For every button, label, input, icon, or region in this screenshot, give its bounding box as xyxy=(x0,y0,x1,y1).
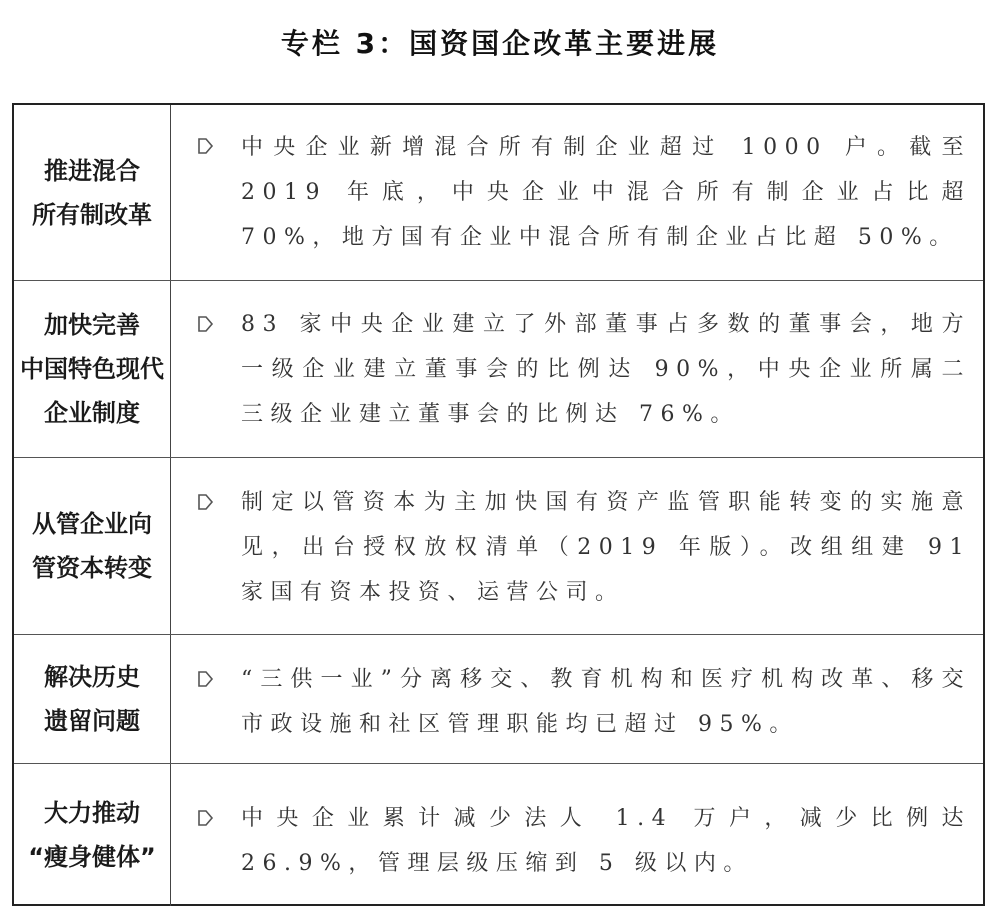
row-label-line: 从管企业向 xyxy=(32,502,152,546)
row-content: 制定以管资本为主加快国有资产监管职能转变的实施意见，出台授权放权清单（2019 … xyxy=(171,458,983,634)
row-content: 83 家中央企业建立了外部董事占多数的董事会，地方一级企业建立董事会的比例达 9… xyxy=(171,281,983,457)
hollow-right-arrow-icon xyxy=(196,807,216,829)
reform-progress-table: 推进混合 所有制改革 中央企业新增混合所有制企业超过 1000 户。截至 201… xyxy=(12,103,985,906)
row-text: “三供一业”分离移交、教育机构和医疗机构改革、移交市政设施和社区管理职能均已超过… xyxy=(241,657,971,747)
row-label-line: 中国特色现代 xyxy=(20,347,164,391)
table-row: 推进混合 所有制改革 中央企业新增混合所有制企业超过 1000 户。截至 201… xyxy=(14,105,983,281)
row-text: 83 家中央企业建立了外部董事占多数的董事会，地方一级企业建立董事会的比例达 9… xyxy=(241,302,971,437)
row-label-line: 所有制改革 xyxy=(32,193,152,237)
hollow-right-arrow-icon xyxy=(196,668,216,690)
table-row: 从管企业向 管资本转变 制定以管资本为主加快国有资产监管职能转变的实施意见，出台… xyxy=(14,458,983,635)
row-label-line: “瘦身健体” xyxy=(28,835,156,879)
page-title: 专栏 3：国资国企改革主要进展 xyxy=(0,22,1000,62)
row-content: 中央企业累计减少法人 1.4 万户，减少比例达 26.9%，管理层级压缩到 5 … xyxy=(171,764,983,906)
row-label-line: 遗留问题 xyxy=(44,699,140,743)
row-label-line: 企业制度 xyxy=(44,391,140,435)
row-label-line: 加快完善 xyxy=(44,303,140,347)
row-label: 推进混合 所有制改革 xyxy=(14,105,171,280)
hollow-right-arrow-icon xyxy=(196,313,216,335)
hollow-right-arrow-icon xyxy=(196,491,216,513)
row-label: 加快完善 中国特色现代 企业制度 xyxy=(14,281,171,457)
row-label: 解决历史 遗留问题 xyxy=(14,635,171,763)
row-text: 中央企业累计减少法人 1.4 万户，减少比例达 26.9%，管理层级压缩到 5 … xyxy=(241,796,971,886)
table-row: 加快完善 中国特色现代 企业制度 83 家中央企业建立了外部董事占多数的董事会，… xyxy=(14,281,983,458)
hollow-right-arrow-icon xyxy=(196,135,216,157)
row-label-line: 管资本转变 xyxy=(32,546,152,590)
row-text: 制定以管资本为主加快国有资产监管职能转变的实施意见，出台授权放权清单（2019 … xyxy=(241,480,971,615)
row-label-line: 解决历史 xyxy=(44,655,140,699)
row-label: 大力推动 “瘦身健体” xyxy=(14,764,171,906)
row-label-line: 大力推动 xyxy=(44,791,140,835)
row-content: “三供一业”分离移交、教育机构和医疗机构改革、移交市政设施和社区管理职能均已超过… xyxy=(171,635,983,763)
table-row: 解决历史 遗留问题 “三供一业”分离移交、教育机构和医疗机构改革、移交市政设施和… xyxy=(14,635,983,764)
row-content: 中央企业新增混合所有制企业超过 1000 户。截至 2019 年底，中央企业中混… xyxy=(171,105,983,280)
row-label: 从管企业向 管资本转变 xyxy=(14,458,171,634)
table-row: 大力推动 “瘦身健体” 中央企业累计减少法人 1.4 万户，减少比例达 26.9… xyxy=(14,764,983,906)
row-text: 中央企业新增混合所有制企业超过 1000 户。截至 2019 年底，中央企业中混… xyxy=(241,125,971,260)
row-label-line: 推进混合 xyxy=(44,149,140,193)
